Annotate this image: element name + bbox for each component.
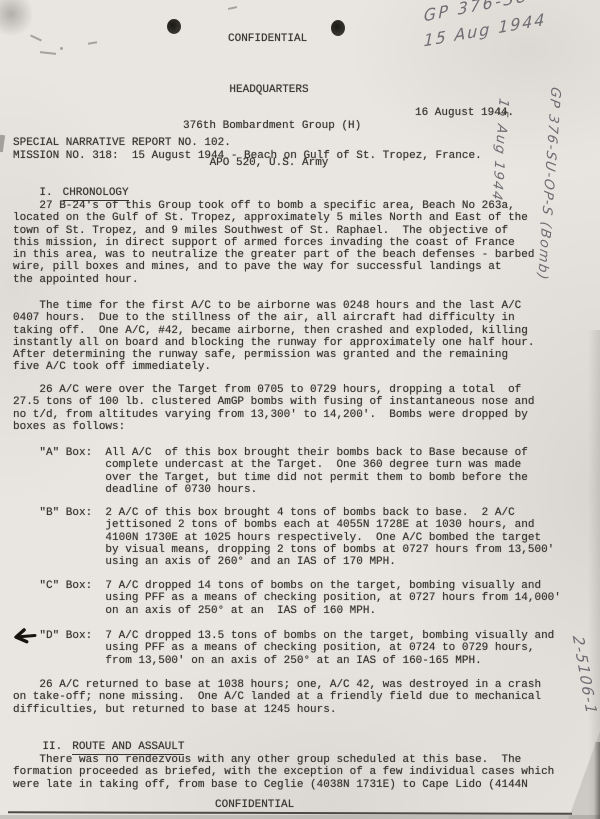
report-date: 16 August 1944.: [415, 107, 514, 119]
margin-reference-line1: GP 376-SU-OP-S (Bomb): [533, 85, 563, 282]
left-edge-mark: [0, 135, 5, 153]
classification-stamp-bottom: CONFIDENTIAL: [215, 799, 294, 811]
page-corner-shadow: [568, 672, 600, 819]
report-title: SPECIAL NARRATIVE REPORT NO. 102.: [13, 137, 231, 149]
paragraph-chronology-2: The time for the first A/C to be airborn…: [13, 300, 535, 374]
box-a-entry: "A" Box: All A/C of this box brought the…: [13, 447, 528, 496]
scan-speck: [228, 6, 237, 10]
mission-title: MISSION NO. 318: 15 August 1944 - Beach …: [13, 150, 482, 162]
scan-smudge-top-left: [0, 0, 32, 40]
paragraph-route-1: There was no rendezvous with any other g…: [13, 754, 554, 791]
scan-edge-shadow: [0, 815, 600, 819]
scanned-report-page: GP 376-SU-OP-S 15 Aug 1944 GP 376-SU-OP-…: [0, 0, 600, 819]
paragraph-chronology-1: 27 B-24's of this Group took off to bomb…: [13, 200, 535, 286]
headquarters-block: HEADQUARTERS 376th Bombardment Group (H)…: [183, 59, 355, 194]
pencil-scribble-3: [88, 41, 97, 45]
ink-blot-right: [331, 20, 345, 36]
pencil-dot: [60, 47, 63, 50]
pencil-scribble-2: [40, 51, 56, 55]
section-number: II.: [42, 741, 62, 753]
ink-blot-left: [167, 19, 181, 34]
paragraph-chronology-3: 26 A/C were over the Target from 0705 to…: [13, 384, 535, 433]
box-d-entry: "D" Box: 7 A/C dropped 13.5 tons of bomb…: [13, 630, 554, 667]
box-c-entry: "C" Box: 7 A/C dropped 14 tons of bombs …: [13, 580, 561, 617]
classification-stamp-top: CONFIDENTIAL: [228, 33, 307, 45]
group-line: 376th Bombardment Group (H): [183, 120, 355, 132]
section-number: I.: [39, 187, 52, 199]
paragraph-chronology-4: 26 A/C returned to base at 1038 hours; o…: [13, 679, 541, 716]
headquarters-line: HEADQUARTERS: [183, 84, 355, 96]
handdrawn-arrow-icon: [10, 626, 38, 646]
box-b-entry: "B" Box: 2 A/C of this box brought 4 ton…: [13, 507, 554, 568]
